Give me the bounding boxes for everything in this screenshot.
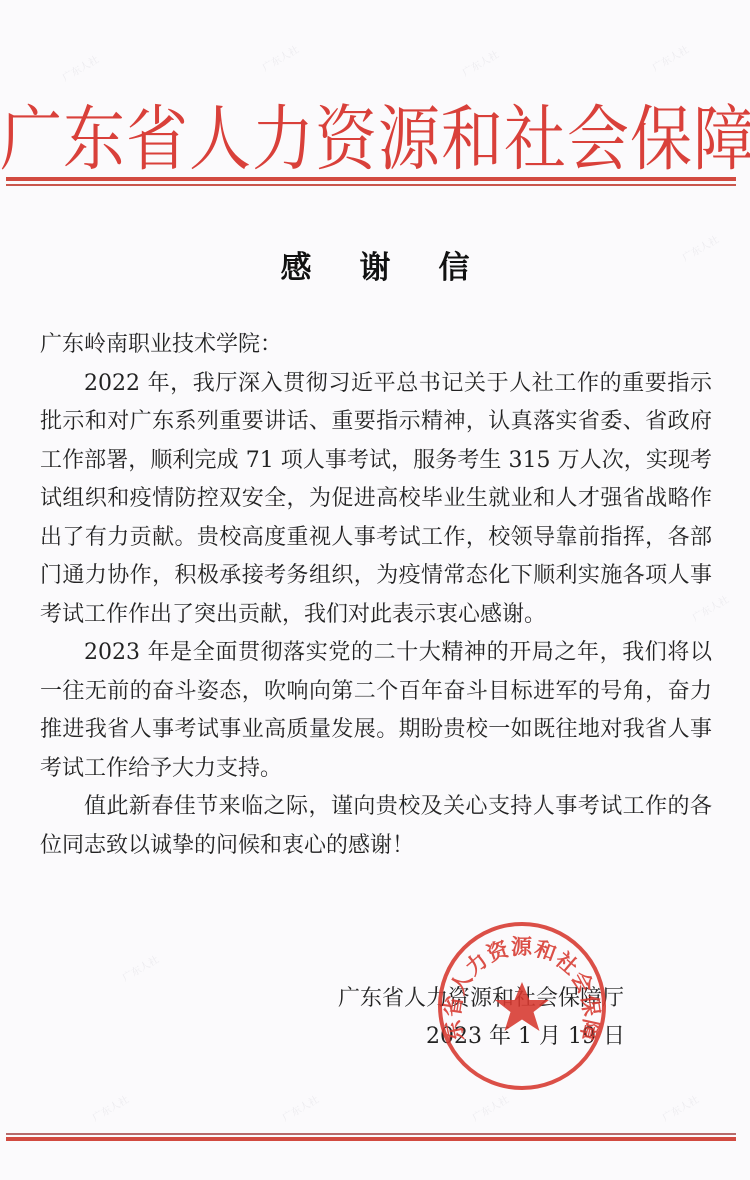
watermark: 广东人社 — [59, 51, 101, 84]
footer-rule-thin — [6, 1133, 736, 1135]
letterhead-rule-thin — [6, 184, 736, 186]
watermark: 广东人社 — [119, 951, 161, 984]
letterhead-rule-thick — [6, 177, 736, 181]
watermark: 广东人社 — [259, 41, 301, 74]
watermark: 广东人社 — [469, 1091, 511, 1124]
letter-title: 感谢信 — [0, 242, 750, 287]
paragraph-1: 2022 年，我厅深入贯彻习近平总书记关于人社工作的重要指示批示和对广东系列重要… — [40, 365, 712, 635]
paragraph-2: 2023 年是全面贯彻落实党的二十大精神的开局之年，我们将以一往无前的奋斗姿态，… — [40, 634, 712, 788]
signature-organization: 广东省人力资源和社会保障厅 — [338, 980, 658, 1018]
watermark: 广东人社 — [649, 41, 691, 74]
watermark: 广东人社 — [659, 1091, 701, 1124]
signature-date: 2023 年 1 月 19 日 — [338, 1018, 658, 1056]
watermark: 广东人社 — [279, 1091, 321, 1124]
watermark: 广东人社 — [459, 46, 501, 79]
watermark: 广东人社 — [89, 1091, 131, 1124]
paragraph-3: 值此新春佳节来临之际，谨向贵校及关心支持人事考试工作的各位同志致以诚挚的问候和衷… — [40, 788, 712, 865]
issuer-letterhead: 广东省人力资源和社会保障厅 — [0, 92, 750, 186]
salutation: 广东岭南职业技术学院： — [40, 326, 712, 365]
letter-body: 广东岭南职业技术学院： 2022 年，我厅深入贯彻习近平总书记关于人社工作的重要… — [40, 326, 712, 865]
footer-rule-thick — [6, 1137, 736, 1141]
signature-block: 广东省人力资源和社会保障厅 2023 年 1 月 19 日 — [338, 980, 658, 1056]
